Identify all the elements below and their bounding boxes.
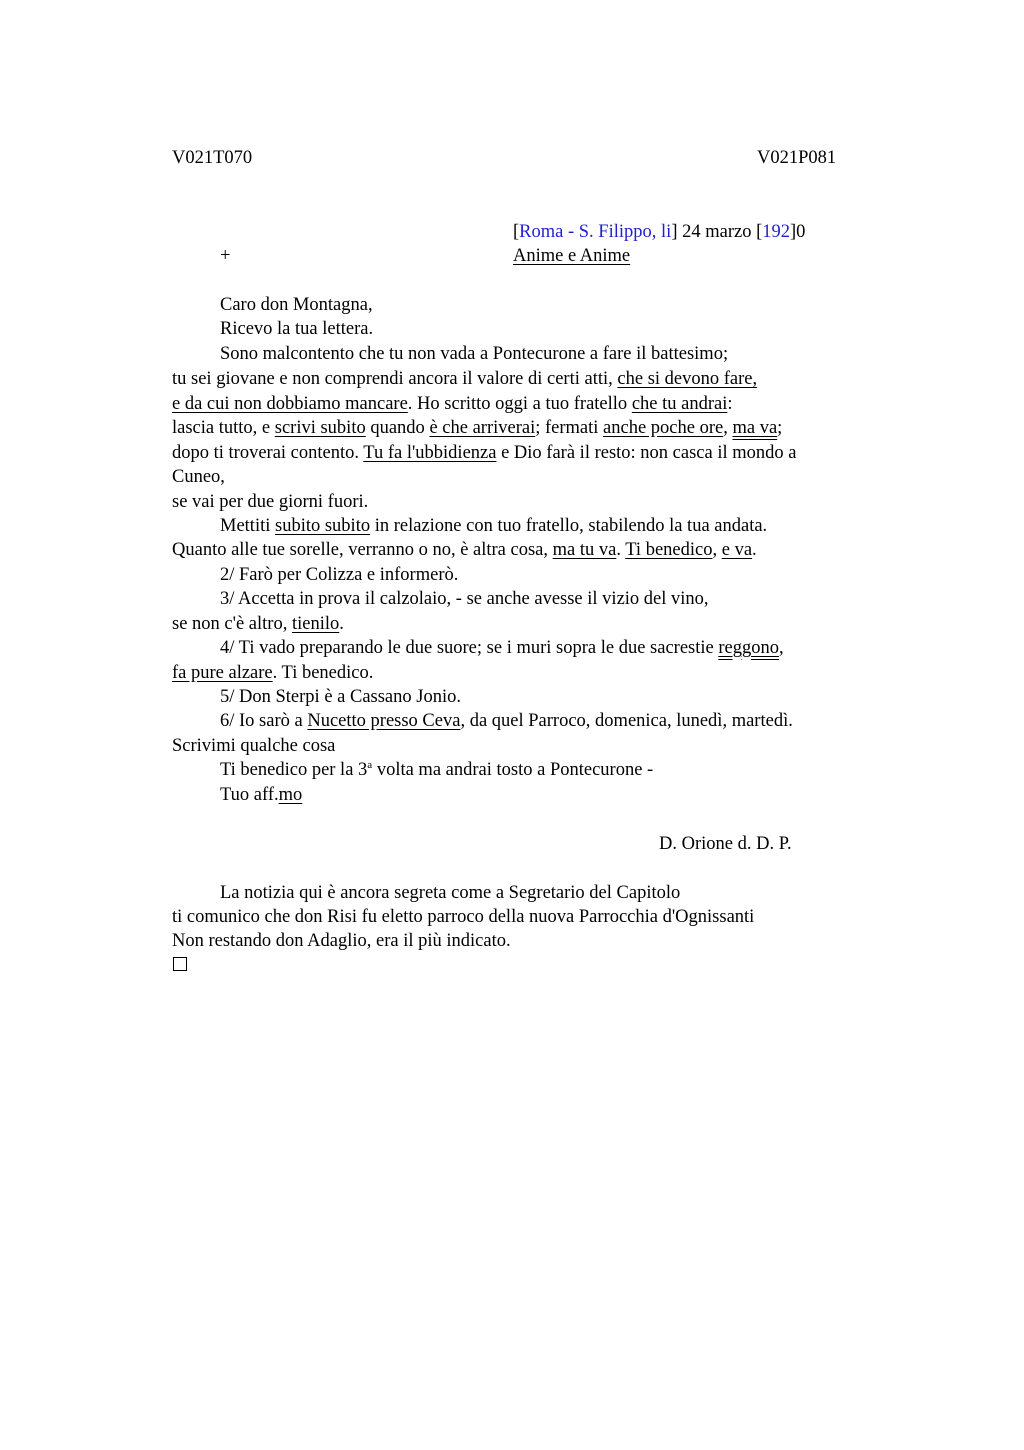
text-line: e da cui non dobbiamo mancare. Ho scritt… (172, 392, 733, 416)
text-line: se non c'è altro, tienilo. (172, 612, 344, 636)
postscript-line: ti comunico che don Risi fu eletto parro… (172, 905, 754, 929)
numbered-point-4: 4/ Ti vado preparando le due suore; se i… (220, 636, 784, 660)
archive-code-right: V021P081 (757, 146, 836, 170)
underlined-text: ma tu va (553, 540, 617, 560)
underlined-text: è che arriverai (429, 418, 535, 438)
underlined-text: fa pure alzare (172, 663, 273, 683)
blessing-line: Ti benedico per la 3a volta ma andrai to… (220, 758, 653, 782)
year-suffix: ]0 (790, 222, 805, 242)
text-line: Mettiti subito subito in relazione con t… (220, 514, 767, 538)
text-line: Ricevo la tua lettera. (220, 317, 373, 341)
numbered-point-6: 6/ Io sarò a Nucetto presso Ceva, da que… (220, 709, 793, 733)
text-line: tu sei giovane e non comprendi ancora il… (172, 367, 757, 391)
motto: Anime e Anime (513, 244, 630, 268)
underlined-text: mo (279, 785, 303, 805)
underlined-text: Tu fa l'ubbidienza (363, 443, 496, 463)
text-line: Scrivimi qualche cosa (172, 734, 335, 758)
double-underlined-text: ma va (732, 418, 777, 438)
double-underlined-text: reggono (718, 638, 779, 658)
underlined-text: Nucetto presso Ceva (307, 711, 460, 731)
signature: D. Orione d. D. P. (659, 832, 792, 856)
text-line: Quanto alle tue sorelle, verranno o no, … (172, 538, 757, 562)
text-line: Sono malcontento che tu non vada a Ponte… (220, 342, 728, 366)
underlined-text: che si devono fare, (617, 369, 757, 389)
text-line: Cuneo, (172, 465, 225, 489)
text-line: lascia tutto, e scrivi subito quando è c… (172, 416, 782, 440)
underlined-text: e da cui non dobbiamo mancare (172, 394, 408, 414)
dateline: [Roma - S. Filippo, li] 24 marzo [192]0 (513, 220, 805, 244)
date-text: ] 24 marzo [ (671, 222, 762, 242)
numbered-point-5: 5/ Don Sterpi è a Cassano Jonio. (220, 685, 461, 709)
salutation: Caro don Montagna, (220, 293, 373, 317)
text-line: fa pure alzare. Ti benedico. (172, 661, 373, 685)
end-box-icon (173, 957, 187, 971)
text-line: dopo ti troverai contento. Tu fa l'ubbid… (172, 441, 796, 465)
underlined-text: e va (722, 540, 752, 560)
closing: Tuo aff.mo (220, 783, 302, 807)
cross-symbol: + (220, 244, 230, 268)
underlined-text: scrivi subito (275, 418, 366, 438)
archive-code-left: V021T070 (172, 146, 252, 170)
underlined-text: tienilo (292, 614, 339, 634)
place-insert: Roma - S. Filippo, li (519, 222, 671, 242)
year-insert: 192 (762, 222, 790, 242)
numbered-point-3: 3/ Accetta in prova il calzolaio, - se a… (220, 587, 709, 611)
postscript-line: Non restando don Adaglio, era il più ind… (172, 929, 511, 953)
postscript-line: La notizia qui è ancora segreta come a S… (220, 881, 680, 905)
numbered-point-2: 2/ Farò per Colizza e informerò. (220, 563, 458, 587)
underlined-text: anche poche ore (603, 418, 723, 438)
underlined-text: subito subito (275, 516, 370, 536)
text-line: se vai per due giorni fuori. (172, 490, 368, 514)
underlined-text: che tu andrai (632, 394, 728, 414)
underlined-text: Ti benedico (625, 540, 712, 560)
